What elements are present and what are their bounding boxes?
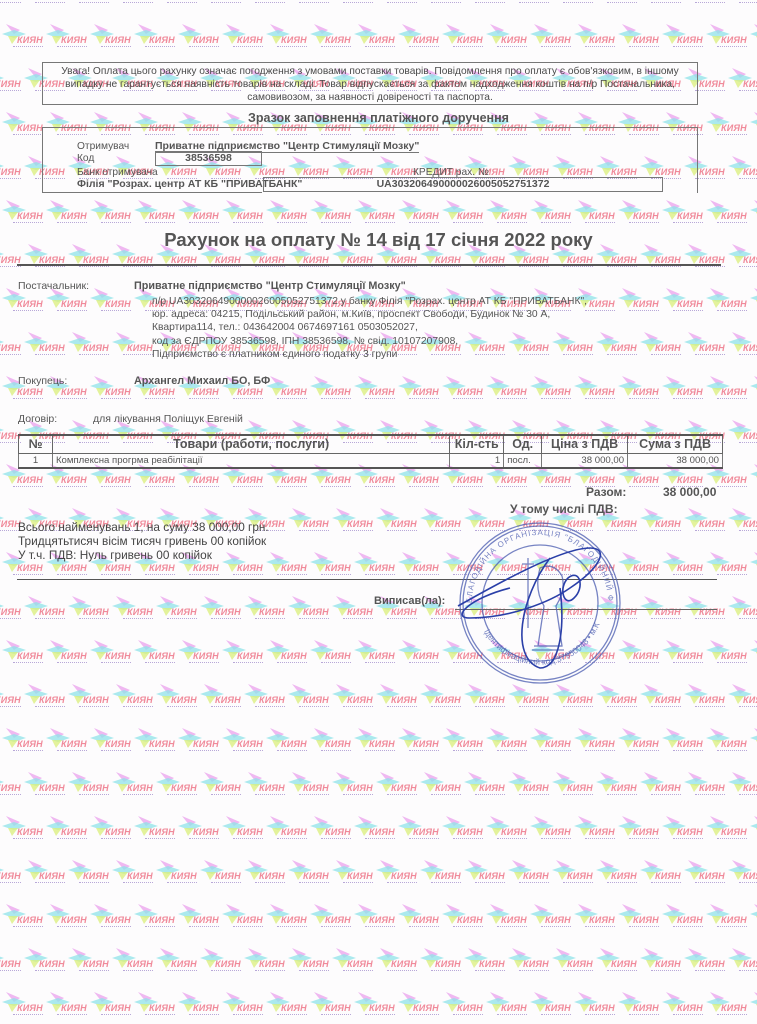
seal-stamp-icon: БЛАГОДІЙНА ОРГАНІЗАЦІЯ "БЛАГОДІЙНИЙ ФОНД… bbox=[450, 518, 630, 688]
supplier-name: Приватне підприємство "Центр Стимуляції … bbox=[134, 280, 406, 292]
bank-label: Банк отримувача bbox=[77, 167, 158, 178]
total-label: Разом: bbox=[586, 485, 626, 499]
payment-notice: Увага! Оплата цього рахунку означає пого… bbox=[42, 62, 698, 105]
items-table: № Товари (работи, послуги) Кіл-сть Од. Ц… bbox=[18, 434, 723, 469]
col-number: № bbox=[19, 435, 53, 453]
cell-goods: Комплексна прогрма реабілітації bbox=[52, 453, 449, 468]
buyer-name: Архангел Михаил БО, БФ bbox=[134, 375, 270, 387]
items-table-header: № Товари (работи, послуги) Кіл-сть Од. Ц… bbox=[19, 435, 723, 453]
notice-text: Увага! Оплата цього рахунку означає пого… bbox=[61, 66, 679, 103]
summary-line: У т.ч. ПДВ: Нуль гривень 00 копійок bbox=[18, 548, 269, 562]
supplier-line: Квартира114, тел.: 043642004 0674697161 … bbox=[152, 321, 587, 334]
cell-price: 38 000,00 bbox=[542, 453, 628, 468]
payment-sample-title: Зразок заповнення платіжного доручення bbox=[0, 111, 757, 125]
cell-unit: посл. bbox=[504, 453, 542, 468]
table-row: 1 Комплексна прогрма реабілітації 1 посл… bbox=[19, 453, 723, 468]
supplier-line: п/р UA303206490000026005052751372 у банк… bbox=[152, 295, 587, 308]
cell-quantity: 1 bbox=[450, 453, 504, 468]
summary-line: Тридцятьтисяч вісім тисяч гривень 00 коп… bbox=[18, 534, 269, 548]
col-quantity: Кіл-сть bbox=[450, 435, 504, 453]
col-sum: Сума з ПДВ bbox=[628, 435, 723, 453]
summary-line: Всього найменувань 1, на суму 38 000,00 … bbox=[18, 520, 269, 534]
amount-summary: Всього найменувань 1, на суму 38 000,00 … bbox=[18, 520, 269, 563]
issued-by-label: Виписав(ла): bbox=[374, 595, 445, 607]
contract-value: для лікування Поліщук Евгеній bbox=[93, 413, 243, 425]
title-divider bbox=[17, 264, 721, 266]
supplier-details: п/р UA303206490000026005052751372 у банк… bbox=[152, 295, 587, 361]
invoice-document: Увага! Оплата цього рахунку означає пого… bbox=[0, 0, 757, 1024]
supplier-label: Постачальник: bbox=[18, 280, 89, 292]
buyer-label: Покупець: bbox=[18, 375, 67, 387]
payment-sample-box: Отримувач Приватне підприємство "Центр С… bbox=[42, 127, 698, 193]
supplier-line: код за ЄДРПОУ 38536598, ІПН 38536598, № … bbox=[152, 335, 587, 348]
supplier-line: юр. адреса: 04215, Подільський район, м.… bbox=[152, 308, 587, 321]
col-price: Ціна з ПДВ bbox=[542, 435, 628, 453]
cell-sum: 38 000,00 bbox=[628, 453, 723, 468]
col-goods: Товари (работи, послуги) bbox=[52, 435, 449, 453]
invoice-title: Рахунок на оплату № 14 від 17 січня 2022… bbox=[0, 229, 757, 251]
code-label: Код bbox=[77, 153, 94, 164]
supplier-line: Підприємство є платником єдиного податку… bbox=[152, 348, 587, 361]
cell-number: 1 bbox=[19, 453, 53, 468]
code-field: 38536598 bbox=[155, 151, 262, 166]
col-unit: Од. bbox=[504, 435, 542, 453]
bank-underline bbox=[42, 192, 262, 193]
total-value: 38 000,00 bbox=[663, 485, 716, 499]
credit-account-field: UA303206490000026005052751372 bbox=[263, 177, 663, 192]
recipient-label: Отримувач bbox=[77, 141, 129, 152]
contract-label: Договір: bbox=[18, 413, 57, 425]
vat-label: У тому числі ПДВ: bbox=[510, 502, 618, 516]
